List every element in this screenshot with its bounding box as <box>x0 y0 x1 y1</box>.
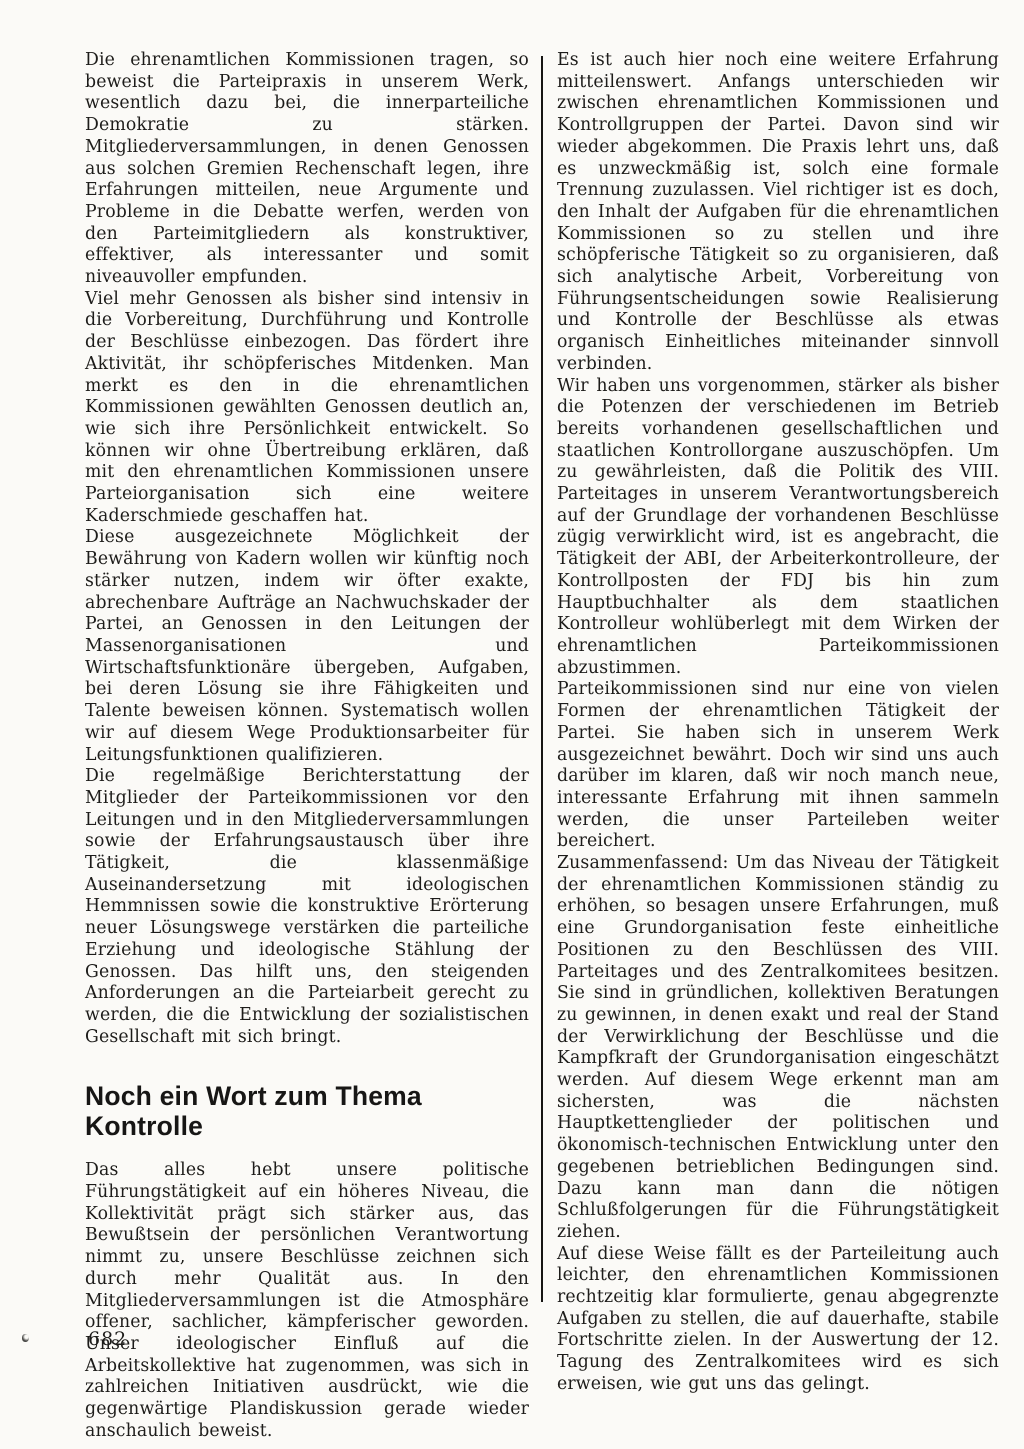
magazine-page: Die ehrenamtlichen Kommissionen tragen, … <box>0 0 1024 1449</box>
body-paragraph: Zusammenfassend: Um das Niveau der Tätig… <box>557 853 999 1244</box>
column-divider-rule <box>541 56 543 1302</box>
body-paragraph: Wir haben uns vorgenommen, stärker als b… <box>557 376 999 680</box>
left-column: Die ehrenamtlichen Kommissionen tragen, … <box>85 50 529 1442</box>
body-paragraph: Parteikommissionen sind nur eine von vie… <box>557 679 999 853</box>
right-column: Es ist auch hier noch eine weitere Erfah… <box>557 50 999 1396</box>
scan-speck <box>22 1334 29 1342</box>
body-paragraph: Auf diese Weise fällt es der Parteileitu… <box>557 1244 999 1396</box>
body-paragraph: Viel mehr Genossen als bisher sind inten… <box>85 289 529 528</box>
body-paragraph: Das alles hebt unsere politische Führung… <box>85 1160 529 1442</box>
body-paragraph: Diese ausgezeichnete Möglichkeit der Bew… <box>85 527 529 766</box>
body-paragraph: Es ist auch hier noch eine weitere Erfah… <box>557 50 999 376</box>
scan-speck <box>700 1380 705 1384</box>
body-paragraph: Die regelmäßige Berichterstattung der Mi… <box>85 766 529 1048</box>
body-paragraph: Die ehrenamtlichen Kommissionen tragen, … <box>85 50 529 289</box>
page-number: 682 <box>88 1328 127 1350</box>
section-heading: Noch ein Wort zum Thema Kontrolle <box>85 1081 529 1141</box>
